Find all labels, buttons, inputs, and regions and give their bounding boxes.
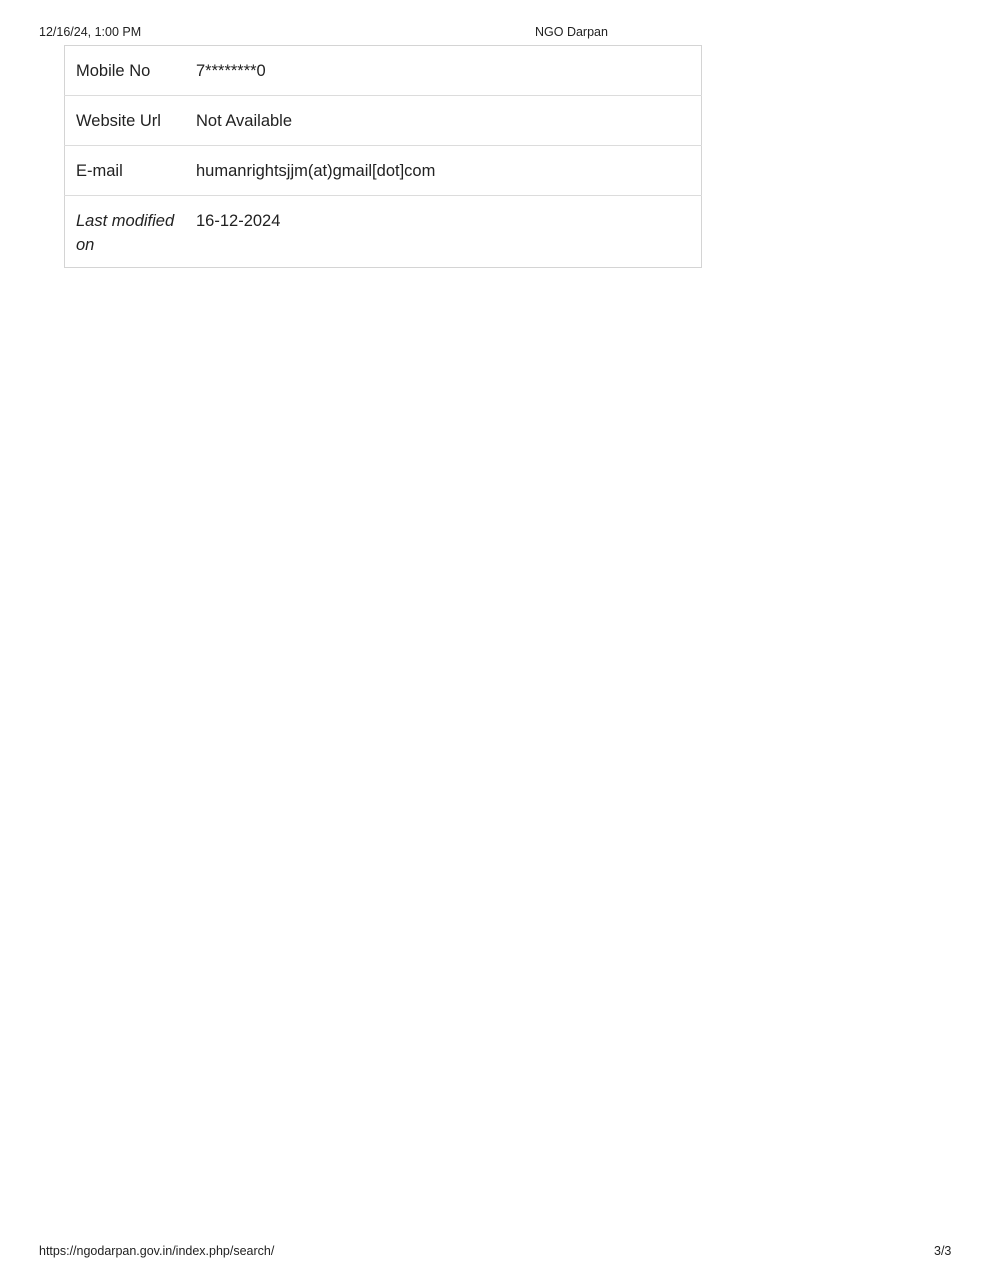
website-label: Website Url <box>65 96 197 146</box>
mobile-label: Mobile No <box>65 46 197 96</box>
page-number: 3/3 <box>934 1244 951 1258</box>
print-page-title: NGO Darpan <box>535 25 608 39</box>
table-row-email: E-mail humanrightsjjm(at)gmail[dot]com <box>65 146 702 196</box>
website-value: Not Available <box>196 96 702 146</box>
email-value: humanrightsjjm(at)gmail[dot]com <box>196 146 702 196</box>
table-row-mobile: Mobile No 7********0 <box>65 46 702 96</box>
last-modified-label: Last modified on <box>65 196 197 268</box>
mobile-value: 7********0 <box>196 46 702 96</box>
table-row-last-modified: Last modified on 16-12-2024 <box>65 196 702 268</box>
print-datetime: 12/16/24, 1:00 PM <box>39 25 141 39</box>
ngo-details-table: Mobile No 7********0 Website Url Not Ava… <box>64 45 702 268</box>
table-row-website: Website Url Not Available <box>65 96 702 146</box>
print-url: https://ngodarpan.gov.in/index.php/searc… <box>39 1244 274 1258</box>
email-label: E-mail <box>65 146 197 196</box>
last-modified-value: 16-12-2024 <box>196 196 702 268</box>
